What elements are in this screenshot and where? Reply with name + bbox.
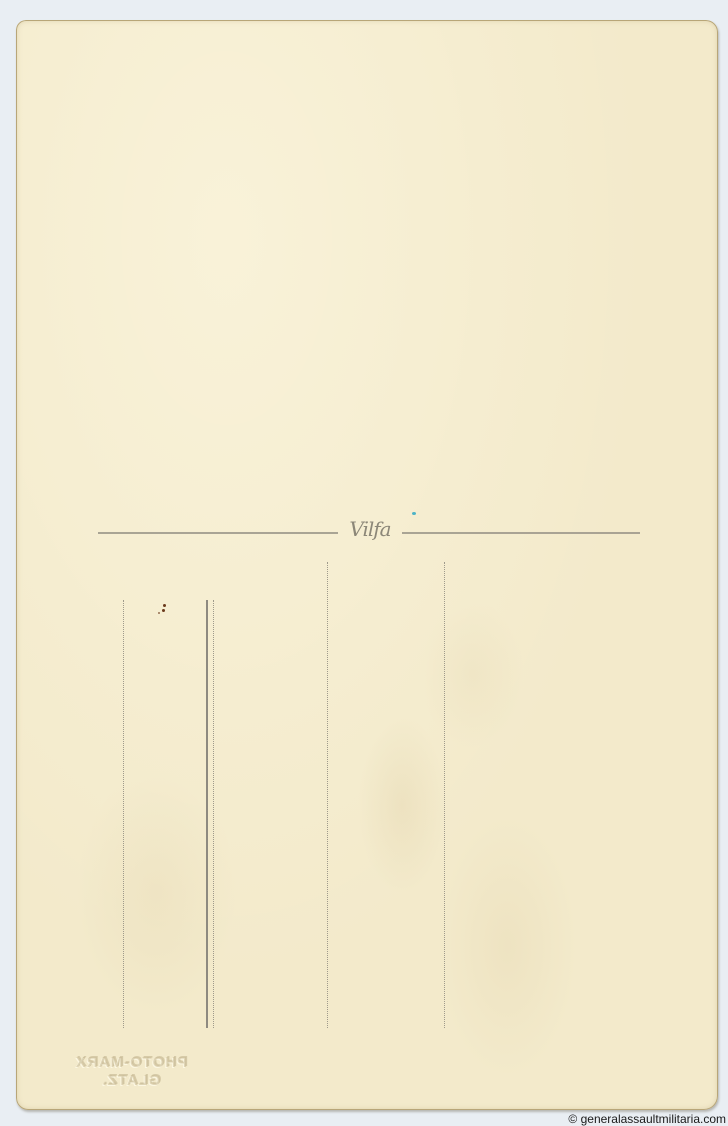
emboss-line-1: PHOTO-MARX xyxy=(46,1054,216,1072)
foxing-spot xyxy=(163,604,166,607)
divider-line-left xyxy=(98,532,338,534)
divider-line-right xyxy=(402,532,640,534)
photographer-emboss: PHOTO-MARX GLATZ. xyxy=(46,1054,216,1090)
stamp-box-line-dotted-2 xyxy=(213,600,214,1028)
address-line-dotted-2 xyxy=(444,562,445,1028)
stamp-box-line-dotted-1 xyxy=(123,600,124,1028)
divider-stamp-script: Vilfa xyxy=(344,516,396,542)
emboss-line-2: GLATZ. xyxy=(46,1072,216,1090)
address-line-dotted-1 xyxy=(327,562,328,1028)
foxing-spot xyxy=(158,612,160,614)
copyright-watermark: © generalassaultmilitaria.com xyxy=(568,1112,726,1126)
foxing-spot xyxy=(162,609,165,612)
postcard-back: Vilfa PHOTO-MARX GLATZ. xyxy=(16,20,718,1110)
ink-speck xyxy=(412,512,416,515)
stamp-box-line-solid xyxy=(206,600,208,1028)
